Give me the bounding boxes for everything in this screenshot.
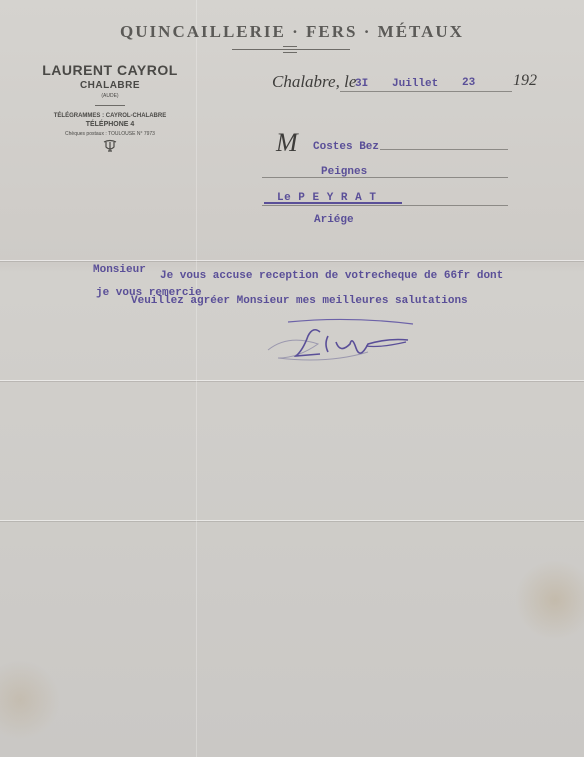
monogram-logo-icon (30, 139, 190, 156)
recipient-rule-1 (380, 149, 508, 150)
recipient-rule-2 (262, 177, 508, 178)
telephone: TÉLÉPHONE 4 (30, 121, 190, 128)
fold-line-middle (0, 380, 584, 381)
sender-block: LAURENT CAYROL CHALABRE (AUDE) TÉLÉGRAMM… (30, 62, 190, 156)
fold-line-upper (0, 260, 584, 261)
recipient-name: Costes Bez (313, 141, 379, 153)
sender-city: CHALABRE (30, 80, 190, 91)
sender-name: LAURENT CAYROL (30, 62, 190, 78)
sender-department: (AUDE) (30, 93, 190, 99)
letterhead-title: QUINCAILLERIE · FERS · MÉTAUX (0, 22, 584, 42)
telegrams: TÉLÉGRAMMES : CAYROL-CHALABRE (30, 113, 190, 119)
date-year-suffix: 23 (462, 77, 475, 89)
body-greeting: Monsieur (93, 264, 146, 276)
heading-ornament (283, 46, 297, 53)
body-line-3: Veuillez agréer Monsieur mes meilleures … (131, 295, 468, 307)
body-line-1: Je vous accuse reception de votrecheque … (160, 270, 503, 282)
fold-line-vertical (196, 0, 197, 757)
town-underline (264, 202, 402, 204)
recipient-region: Ariége (314, 214, 354, 226)
sender-rule (95, 105, 125, 106)
postal-cheques: Chèques postaux : TOULOUSE N° 7973 (30, 131, 190, 137)
date-place: Chalabre, le (272, 72, 356, 92)
recipient-rule-3 (262, 205, 508, 206)
date-underline (340, 91, 512, 92)
signature: L Cay (258, 314, 423, 371)
date-year-prefix: 192 (513, 72, 537, 90)
recipient-initial: M (276, 128, 298, 158)
date-month: Juillet (392, 78, 438, 90)
letter-paper: QUINCAILLERIE · FERS · MÉTAUX LAURENT CA… (0, 0, 584, 757)
fold-line-lower (0, 520, 584, 521)
date-day: 3I (355, 78, 368, 90)
